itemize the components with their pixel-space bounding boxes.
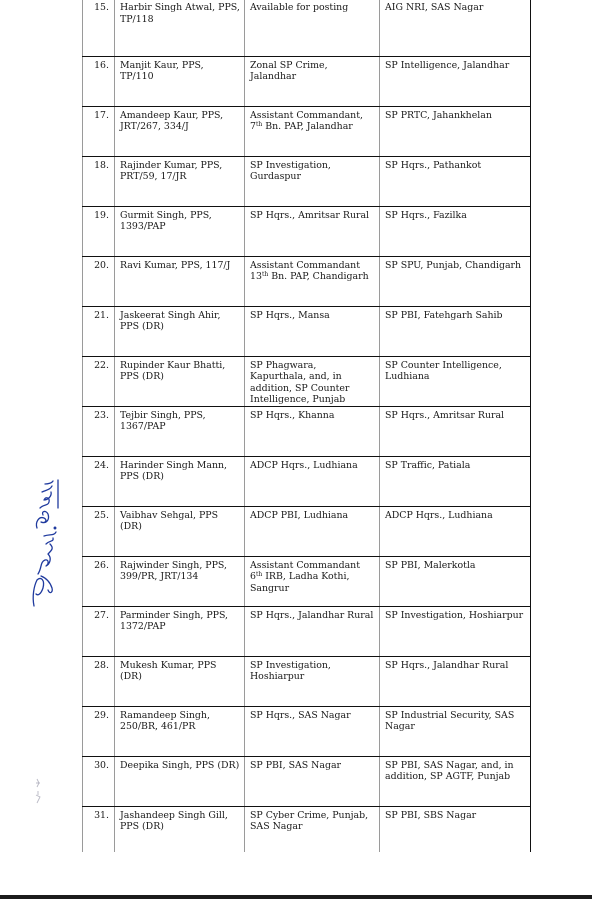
table-row: 19.Gurmit Singh, PPS, 1393/PAPSP Hqrs., … [83,206,531,256]
officer-name-cell: Jaskeerat Singh Ahir, PPS (DR) [115,306,245,356]
new-posting-cell: AIG NRI, SAS Nagar [380,0,531,56]
officer-name-cell: Parminder Singh, PPS, 1372/PAP [115,606,245,656]
officer-name-cell: Deepika Singh, PPS (DR) [115,756,245,806]
serial-number-cell: 29. [83,706,115,756]
officer-name-cell: Harbir Singh Atwal, PPS, TP/118 [115,0,245,56]
table-row: 16.Manjit Kaur, PPS, TP/110Zonal SP Crim… [83,56,531,106]
table-row: 20.Ravi Kumar, PPS, 117/JAssistant Comma… [83,256,531,306]
new-posting-cell: SP Hqrs., Amritsar Rural [380,406,531,456]
present-posting-text-continued: Bn. PAP, Jalandhar [262,121,353,132]
new-posting-cell: SP Industrial Security, SAS Nagar [380,706,531,756]
officer-name-cell: Tejbir Singh, PPS, 1367/PAP [115,406,245,456]
officer-name-cell: Mukesh Kumar, PPS (DR) [115,656,245,706]
officer-name-cell: Rajinder Kumar, PPS, PRT/59, 17/JR [115,156,245,206]
serial-number-cell: 31. [83,806,115,852]
present-posting-text-continued: IRB, Ladha Kothi, Sangrur [250,571,349,594]
posting-table: 15.Harbir Singh Atwal, PPS, TP/118Availa… [82,0,531,852]
present-posting-cell: SP Investigation, Hoshiarpur [245,656,380,706]
present-posting-cell: Available for posting [245,0,380,56]
serial-number-cell: 28. [83,656,115,706]
faint-stamp-mark-icon [31,777,45,805]
officer-name-cell: Jashandeep Singh Gill, PPS (DR) [115,806,245,852]
table-row: 30.Deepika Singh, PPS (DR)SP PBI, SAS Na… [83,756,531,806]
table-row: 21.Jaskeerat Singh Ahir, PPS (DR)SP Hqrs… [83,306,531,356]
present-posting-cell: Zonal SP Crime, Jalandhar [245,56,380,106]
serial-number-cell: 30. [83,756,115,806]
serial-number-cell: 21. [83,306,115,356]
posting-table-body: 15.Harbir Singh Atwal, PPS, TP/118Availa… [83,0,531,852]
serial-number-cell: 27. [83,606,115,656]
officer-name-cell: Vaibhav Sehgal, PPS (DR) [115,506,245,556]
officer-name-cell: Manjit Kaur, PPS, TP/110 [115,56,245,106]
new-posting-cell: SP Counter Intelligence, Ludhiana [380,356,531,406]
serial-number-cell: 15. [83,0,115,56]
table-row: 31.Jashandeep Singh Gill, PPS (DR)SP Cyb… [83,806,531,852]
present-posting-cell: SP Hqrs., Amritsar Rural [245,206,380,256]
serial-number-cell: 17. [83,106,115,156]
serial-number-cell: 18. [83,156,115,206]
officer-name-cell: Rupinder Kaur Bhatti, PPS (DR) [115,356,245,406]
table-row: 26.Rajwinder Singh, PPS, 399/PR, JRT/134… [83,556,531,606]
new-posting-cell: SP Investigation, Hoshiarpur [380,606,531,656]
serial-number-cell: 24. [83,456,115,506]
officer-name-cell: Gurmit Singh, PPS, 1393/PAP [115,206,245,256]
document-page: 15.Harbir Singh Atwal, PPS, TP/118Availa… [0,0,592,899]
officer-name-cell: Ramandeep Singh, 250/BR, 461/PR [115,706,245,756]
table-row: 28.Mukesh Kumar, PPS (DR)SP Investigatio… [83,656,531,706]
handwritten-signature-icon [28,478,64,608]
present-posting-cell: SP Phagwara, Kapurthala, and, in additio… [245,356,380,406]
present-posting-cell: SP PBI, SAS Nagar [245,756,380,806]
present-posting-cell: SP Hqrs., SAS Nagar [245,706,380,756]
serial-number-cell: 16. [83,56,115,106]
serial-number-cell: 19. [83,206,115,256]
serial-number-cell: 20. [83,256,115,306]
new-posting-cell: ADCP Hqrs., Ludhiana [380,506,531,556]
table-row: 25.Vaibhav Sehgal, PPS (DR)ADCP PBI, Lud… [83,506,531,556]
present-posting-cell: SP Cyber Crime, Punjab, SAS Nagar [245,806,380,852]
new-posting-cell: SP Hqrs., Pathankot [380,156,531,206]
table-row: 17.Amandeep Kaur, PPS, JRT/267, 334/JAss… [83,106,531,156]
serial-number-cell: 23. [83,406,115,456]
new-posting-cell: SP PBI, Malerkotla [380,556,531,606]
present-posting-cell: Assistant Commandant, 7th Bn. PAP, Jalan… [245,106,380,156]
new-posting-cell: SP PBI, Fatehgarh Sahib [380,306,531,356]
table-row: 15.Harbir Singh Atwal, PPS, TP/118Availa… [83,0,531,56]
present-posting-text-continued: Bn. PAP, Chandigarh [268,271,368,282]
table-row: 23.Tejbir Singh, PPS, 1367/PAPSP Hqrs., … [83,406,531,456]
present-posting-cell: ADCP Hqrs., Ludhiana [245,456,380,506]
present-posting-cell: Assistant Commandant 6th IRB, Ladha Koth… [245,556,380,606]
present-posting-cell: SP Hqrs., Jalandhar Rural [245,606,380,656]
officer-name-cell: Harinder Singh Mann, PPS (DR) [115,456,245,506]
new-posting-cell: SP PBI, SBS Nagar [380,806,531,852]
table-row: 24.Harinder Singh Mann, PPS (DR)ADCP Hqr… [83,456,531,506]
new-posting-cell: SP Intelligence, Jalandhar [380,56,531,106]
posting-table-container: 15.Harbir Singh Atwal, PPS, TP/118Availa… [82,0,530,852]
present-posting-cell: SP Hqrs., Khanna [245,406,380,456]
table-row: 27.Parminder Singh, PPS, 1372/PAPSP Hqrs… [83,606,531,656]
new-posting-cell: SP PBI, SAS Nagar, and, in addition, SP … [380,756,531,806]
table-row: 18.Rajinder Kumar, PPS, PRT/59, 17/JRSP … [83,156,531,206]
new-posting-cell: SP PRTC, Jahankhelan [380,106,531,156]
serial-number-cell: 26. [83,556,115,606]
present-posting-cell: SP Hqrs., Mansa [245,306,380,356]
officer-name-cell: Amandeep Kaur, PPS, JRT/267, 334/J [115,106,245,156]
new-posting-cell: SP Hqrs., Jalandhar Rural [380,656,531,706]
serial-number-cell: 22. [83,356,115,406]
officer-name-cell: Rajwinder Singh, PPS, 399/PR, JRT/134 [115,556,245,606]
serial-number-cell: 25. [83,506,115,556]
present-posting-cell: ADCP PBI, Ludhiana [245,506,380,556]
table-row: 22.Rupinder Kaur Bhatti, PPS (DR)SP Phag… [83,356,531,406]
present-posting-cell: Assistant Commandant 13th Bn. PAP, Chand… [245,256,380,306]
officer-name-cell: Ravi Kumar, PPS, 117/J [115,256,245,306]
present-posting-cell: SP Investigation, Gurdaspur [245,156,380,206]
new-posting-cell: SP Traffic, Patiala [380,456,531,506]
new-posting-cell: SP Hqrs., Fazilka [380,206,531,256]
new-posting-cell: SP SPU, Punjab, Chandigarh [380,256,531,306]
table-row: 29.Ramandeep Singh, 250/BR, 461/PRSP Hqr… [83,706,531,756]
page-bottom-rule [0,895,592,899]
